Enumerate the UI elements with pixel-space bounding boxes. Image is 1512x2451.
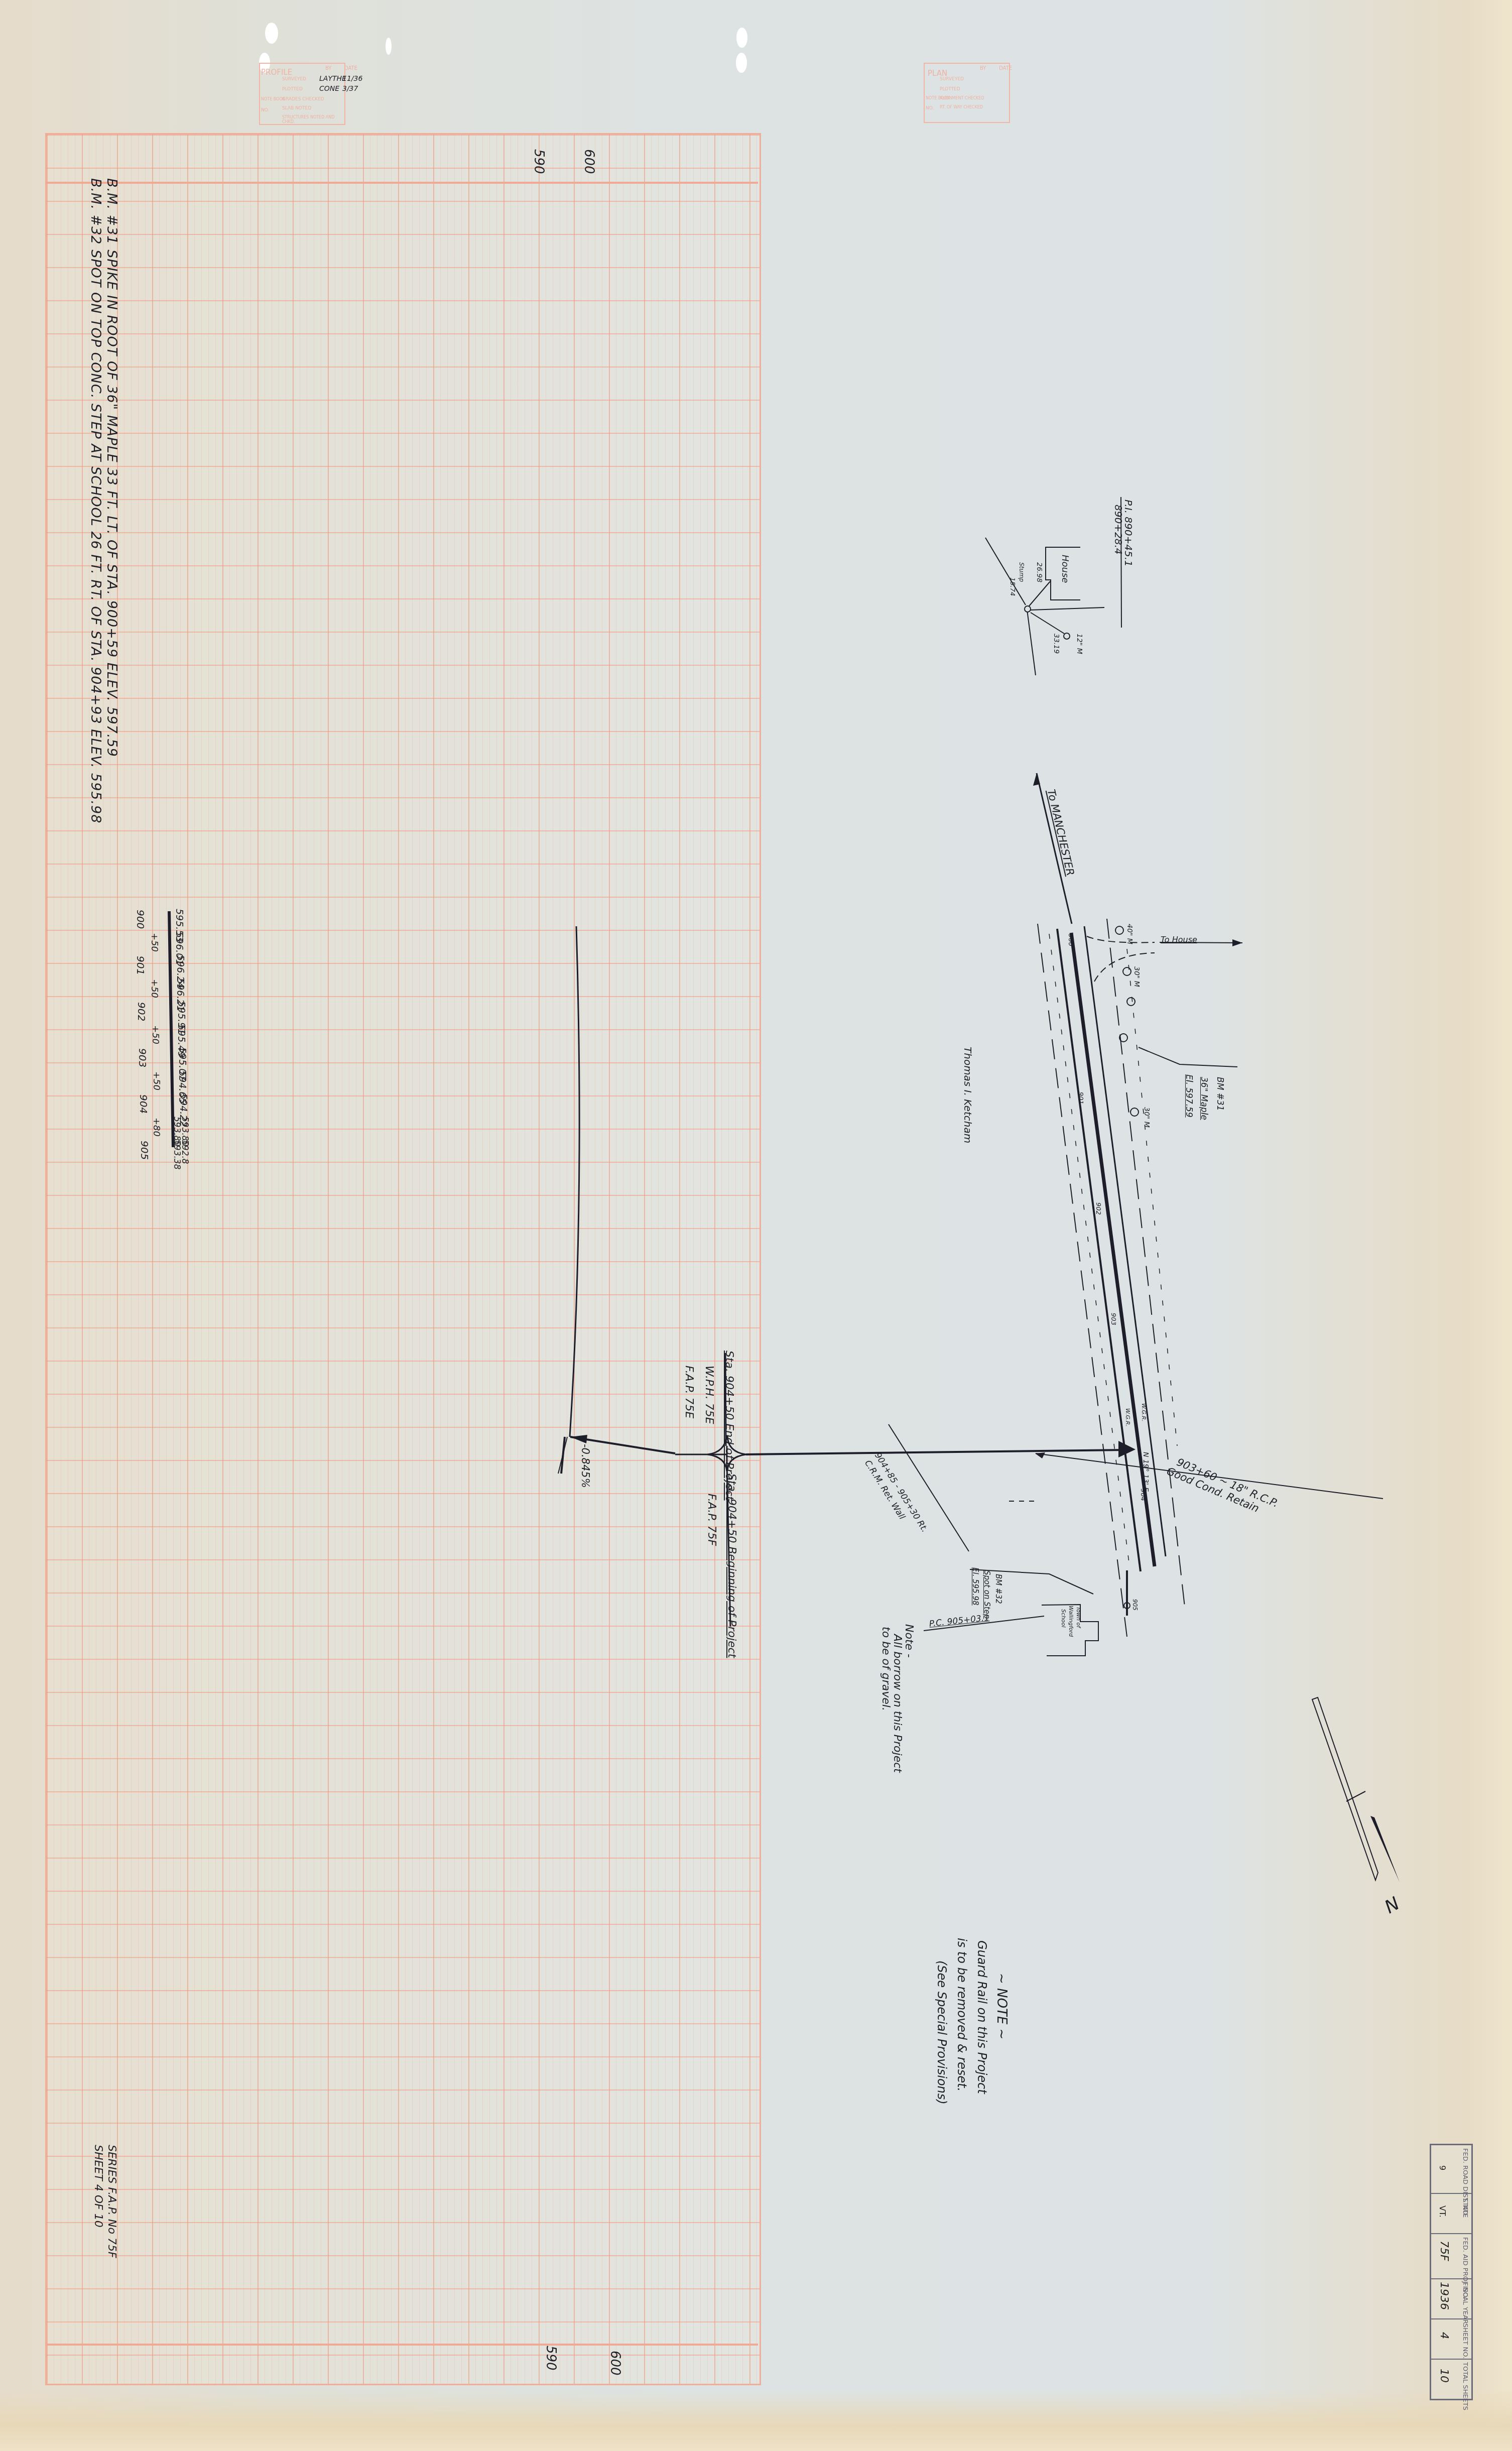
tree-40m-label: 40" M <box>1125 924 1133 944</box>
tie-26-98-label: 26.98 <box>1035 562 1043 582</box>
wgr-left-label: W.G.R. <box>1124 1408 1131 1427</box>
val-state: VT. <box>1438 2205 1447 2218</box>
tree-icon <box>1130 1108 1139 1116</box>
fence-left <box>1049 934 1129 1566</box>
pi-tangent-ahead <box>1027 610 1036 675</box>
row-left <box>1038 924 1127 1637</box>
owner-label: Thomas I. Ketcham <box>962 1047 974 1143</box>
series-label: SERIES F.A.P. No 75F <box>105 2145 118 2258</box>
bm31-line1: BM #31 <box>1215 1077 1225 1111</box>
tie-house-label: House <box>1060 555 1070 583</box>
sheet-of-label: SHEET 4 OF 10 <box>92 2145 104 2228</box>
hdr-state: STATE <box>1462 2198 1468 2218</box>
north-arrow-icon <box>1312 1697 1378 1880</box>
tree-30m-b-label: 30" M <box>1143 1107 1151 1128</box>
tree-30m-a-label: 30" M <box>1132 966 1141 987</box>
profile-grade-line <box>570 926 579 1437</box>
bm32-line3: El. 595.98 <box>971 1567 980 1606</box>
station-902-plan: 902 <box>1094 1202 1102 1215</box>
driveway <box>1087 936 1155 982</box>
road-edge-left <box>1057 929 1141 1571</box>
hdr-year: FISCAL YEAR <box>1462 2282 1468 2324</box>
wgr-right-label: W.G.R. <box>1141 1403 1147 1422</box>
guard-rail-note-line3: (See Special Provisions) <box>935 1960 949 2105</box>
station-905-plan: 905 <box>1131 1599 1139 1611</box>
profile-station-line <box>169 911 173 1147</box>
school-line2: Wallingford <box>1068 1606 1074 1637</box>
tie-33-19-label: 33.19 <box>1052 634 1060 654</box>
tree-icon <box>1123 967 1131 975</box>
arrowhead-icon <box>1118 1441 1136 1457</box>
hdr-sheet: SHEET NO. <box>1462 2323 1468 2359</box>
bm32-line2: Spot on Step <box>982 1570 991 1619</box>
bm31-line3: El. 597.59 <box>1184 1074 1194 1118</box>
guard-rail-note-line2: is to be removed & reset. <box>955 1938 969 2092</box>
arrowhead-icon <box>570 1435 587 1443</box>
tie-stump-label: Stump <box>1018 562 1025 582</box>
school-line3: School <box>1060 1609 1067 1628</box>
borrow-note-line1: All borrow on this Project <box>891 1634 904 1773</box>
to-house-label: To House <box>1161 935 1197 944</box>
tie-15-74-label: 15.74 <box>1009 577 1016 596</box>
fap-f-label: F.A.P. 75F <box>705 1494 718 1546</box>
tie-tree-label: 12" M <box>1075 634 1083 654</box>
bm32-line1: BM #32 <box>994 1574 1003 1604</box>
wph-label: W.P.H. 75E <box>703 1366 715 1424</box>
tree-icon <box>1064 633 1070 639</box>
guard-rail-note-line1: Guard Rail on this Project <box>975 1940 989 2094</box>
tree-icon <box>1115 926 1123 934</box>
school-line1: Town of <box>1075 1607 1082 1628</box>
val-total: 10 <box>1438 2369 1450 2383</box>
val-year: 1936 <box>1438 2282 1450 2310</box>
val-dist: 9 <box>1438 2165 1447 2170</box>
station-901-plan: 901 <box>1077 1092 1084 1105</box>
fence-right <box>1127 949 1177 1446</box>
tree-icon <box>1127 998 1135 1006</box>
station-903-plan: 903 <box>1109 1313 1117 1325</box>
fap-e-label: F.A.P. 75E <box>683 1366 695 1418</box>
bearing-label: N 19° 13' E <box>1142 1452 1150 1492</box>
beginning-of-project-label: Sta. 904+50 Beginning of Project <box>725 1474 738 1658</box>
pi-equation-label: 890+28.4 <box>1112 505 1124 554</box>
bm31-line2: 36" Maple <box>1199 1077 1209 1120</box>
station-900-plan: 900 <box>1067 934 1074 946</box>
hdr-total: TOTAL SHEETS <box>1462 2362 1468 2410</box>
borrow-note-line2: to be of gravel. <box>879 1627 892 1711</box>
val-proj: 75F <box>1438 2241 1450 2261</box>
federal-project-box: FED. ROAD DIST. NO. STATE FED. AID PROJ.… <box>1430 2144 1473 2400</box>
grade-label: -0.845% <box>579 1444 591 1488</box>
borrow-note-title: Note - <box>903 1624 915 1658</box>
drawing-linework <box>0 0 1512 2451</box>
val-sheet: 4 <box>1438 2332 1450 2339</box>
station-tie-line <box>746 1450 1124 1454</box>
guard-rail-note-title: ~ NOTE ~ <box>994 1973 1009 2039</box>
